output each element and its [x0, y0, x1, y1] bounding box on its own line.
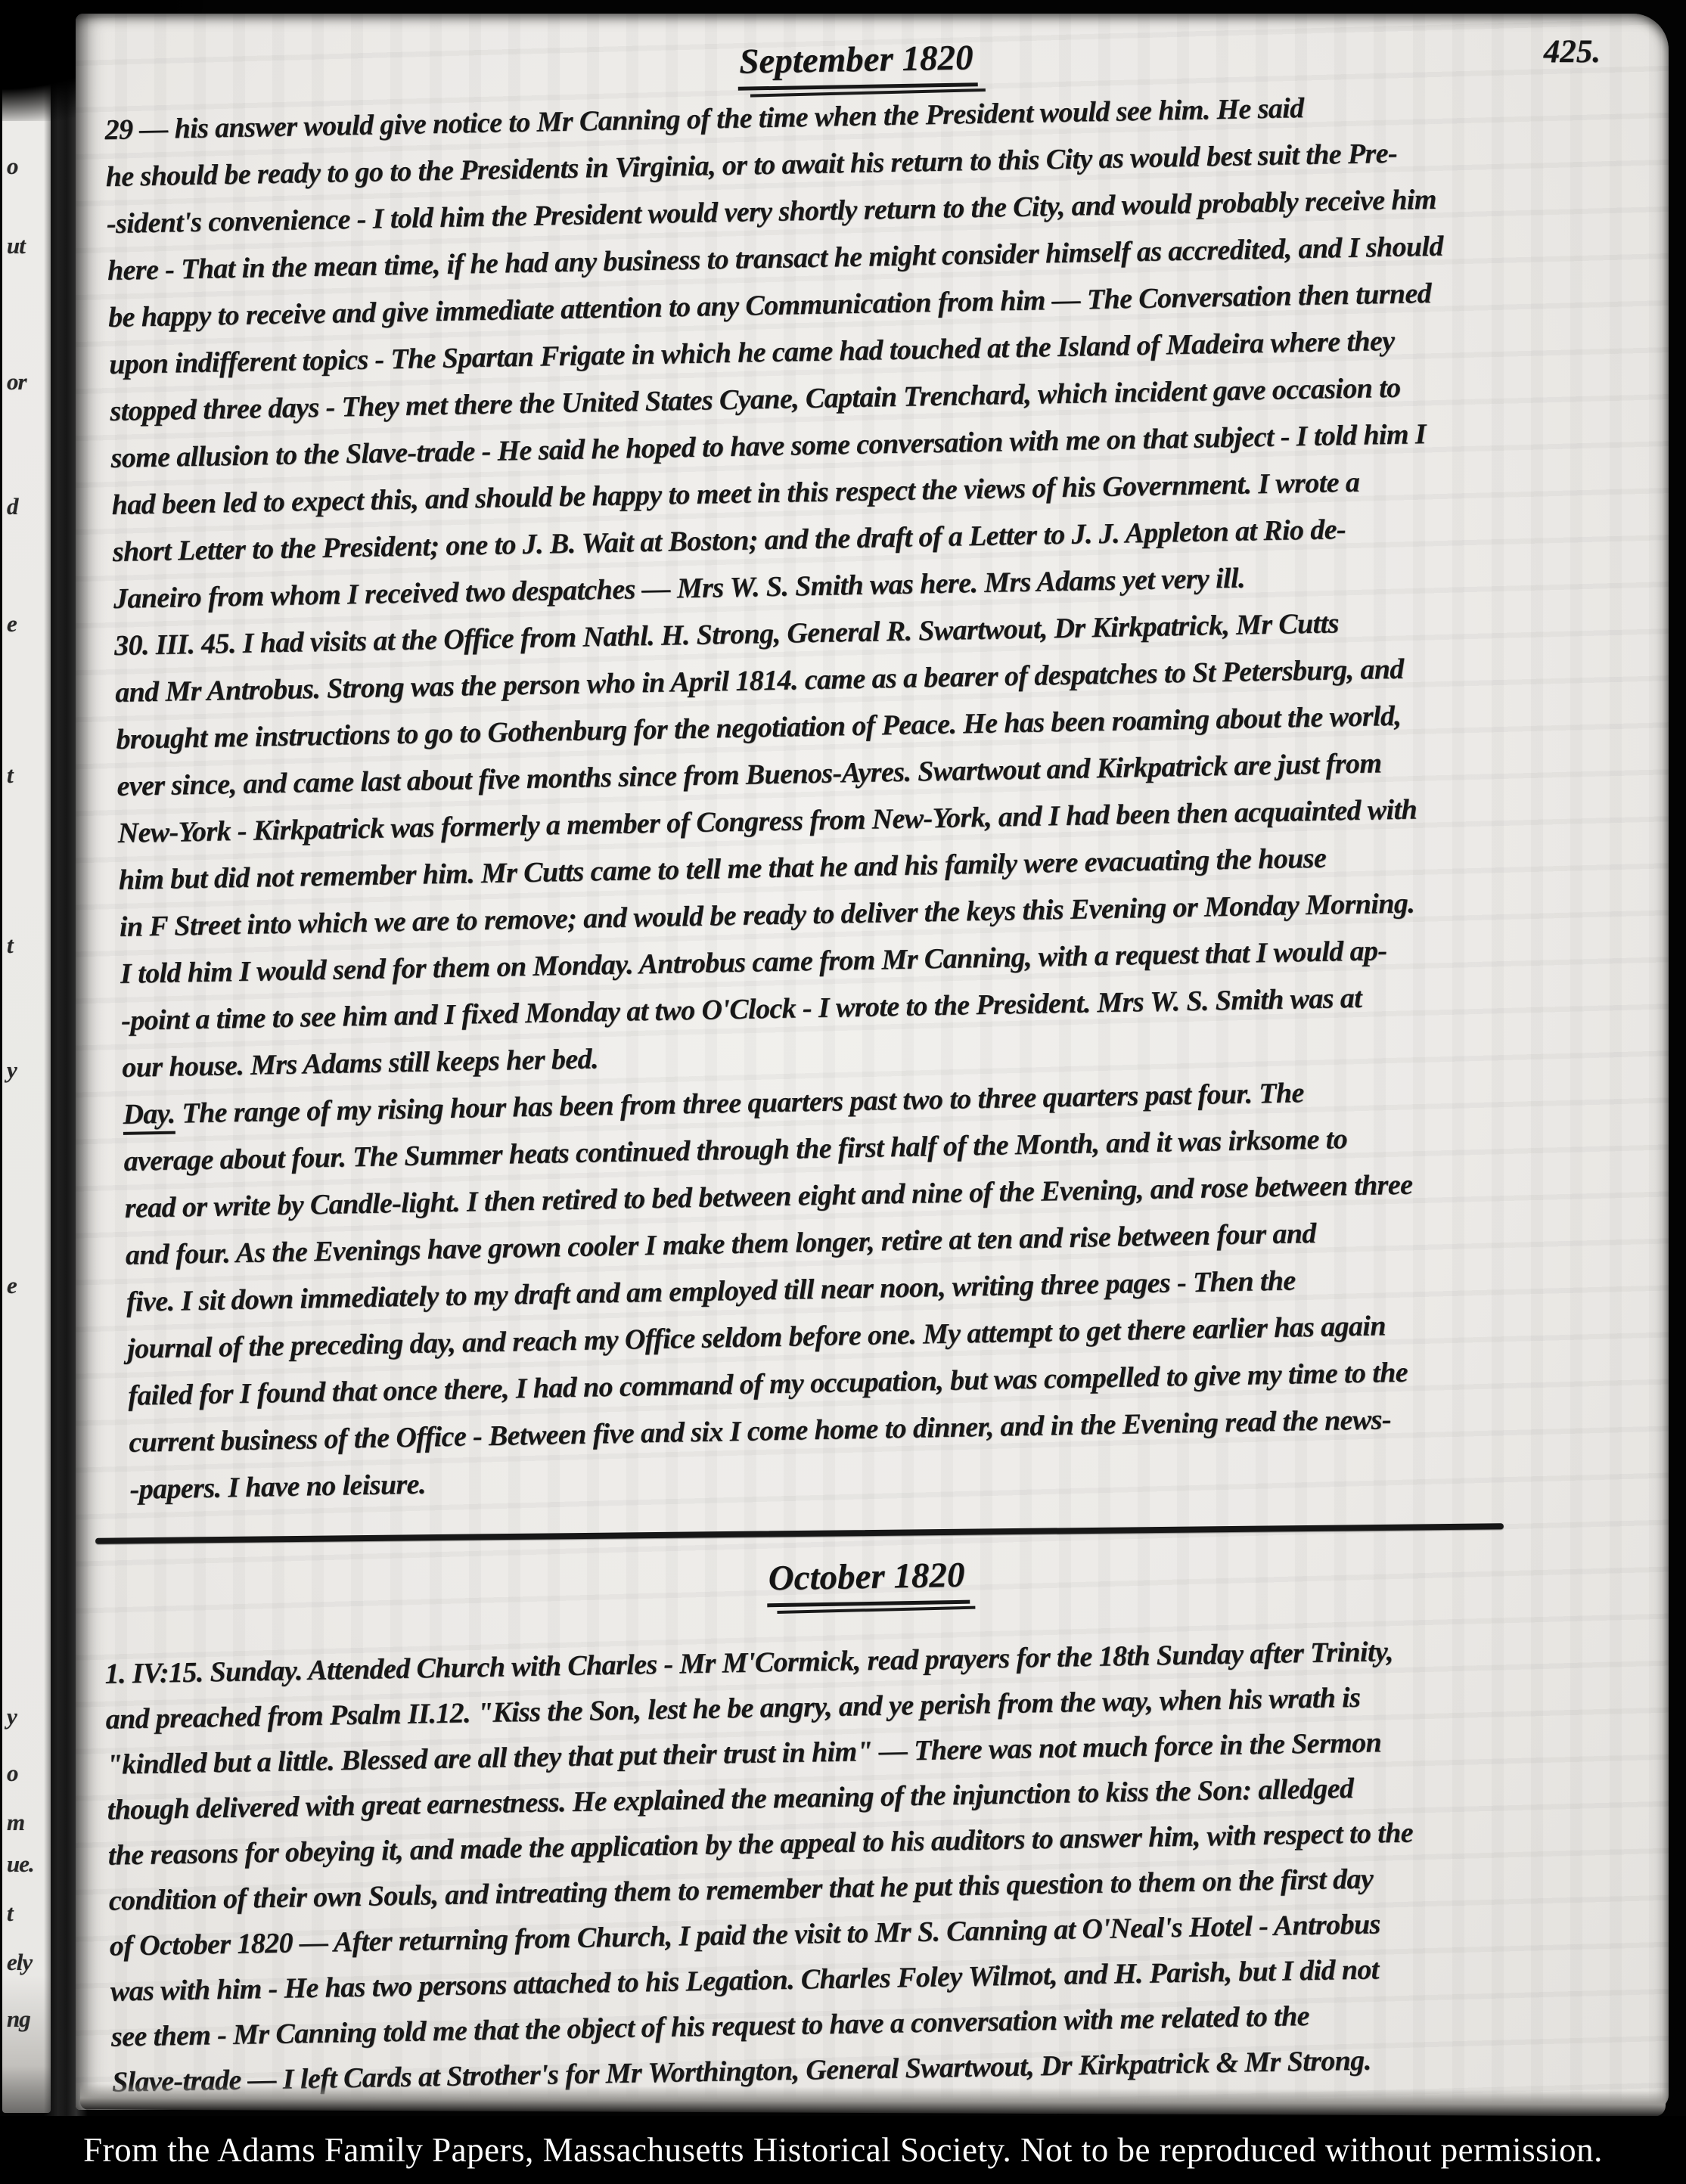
margin-text-fragment: ely [7, 1949, 48, 1976]
margin-text-fragment: o [7, 153, 48, 180]
day-summary-label: Day. [123, 1098, 175, 1135]
margin-text-fragment: t [7, 932, 48, 959]
manuscript-page: September 1820 425. 29 — his answer woul… [76, 14, 1669, 2110]
section-divider [95, 1523, 1504, 1543]
month-header-october: October 1820 [766, 1555, 970, 1608]
margin-text-fragment: t [7, 1900, 48, 1927]
month-header-september-text: September 1820 [737, 37, 978, 91]
margin-text-fragment: y [7, 1703, 48, 1730]
margin-text-fragment: or [7, 368, 48, 396]
margin-text-fragment: d [7, 493, 48, 520]
margin-text-fragment: y [7, 1056, 48, 1084]
margin-text-fragment: ng [7, 2006, 48, 2033]
margin-text-fragment: t [7, 762, 48, 789]
september-entries: 29 — his answer would give notice to Mr … [76, 78, 1686, 1513]
manuscript-scan: outordettyeyomue.telyng September 1820 4… [0, 0, 1686, 2184]
margin-text-fragment: ue. [7, 1851, 48, 1878]
october-entries: 1. IV:15. Sunday. Attended Church with C… [76, 1624, 1676, 2106]
margin-text-fragment: ut [7, 232, 48, 259]
month-header-september: September 1820 [737, 37, 978, 91]
margin-text-fragment: o [7, 1760, 48, 1787]
margin-text-fragment: e [7, 1272, 48, 1299]
margin-text-fragment: m [7, 1809, 48, 1836]
october-header-row: October 1820 [76, 1543, 1669, 1612]
margin-text-fragment: e [7, 610, 48, 638]
archive-caption: From the Adams Family Papers, Massachuse… [83, 2130, 1603, 2170]
caption-band: From the Adams Family Papers, Massachuse… [0, 2116, 1686, 2184]
month-header-october-text: October 1820 [766, 1555, 970, 1608]
page-number: 425. [1544, 33, 1601, 70]
